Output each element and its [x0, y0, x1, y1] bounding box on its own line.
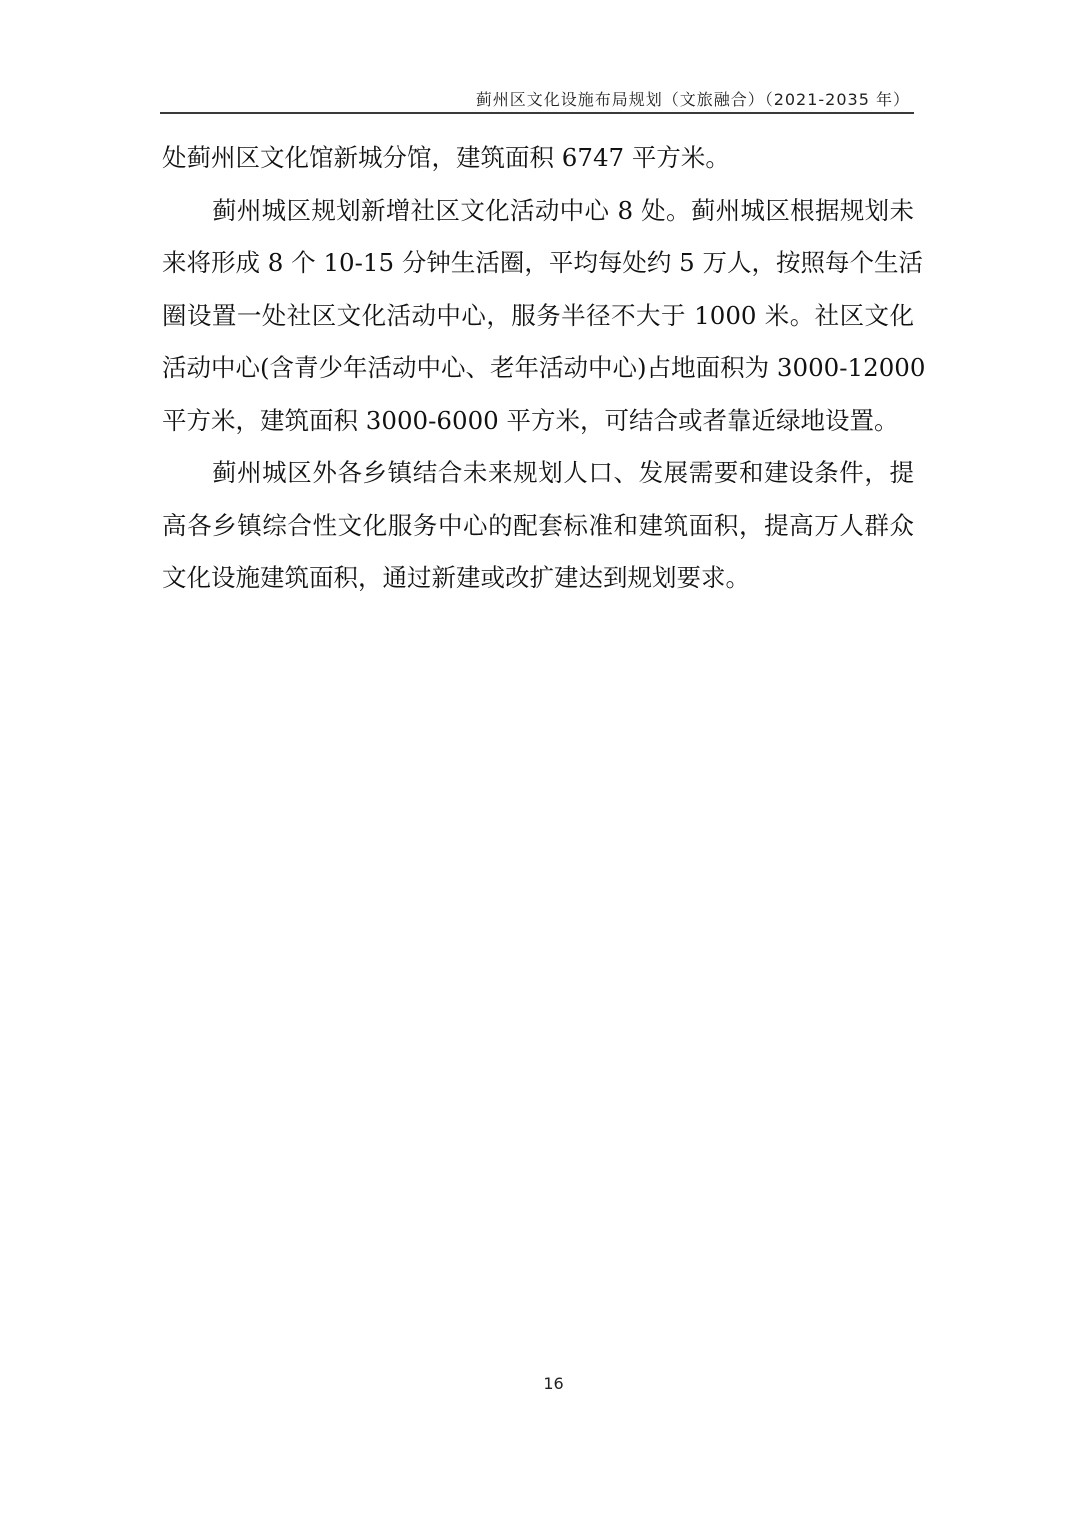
text-line: 蓟州城区外各乡镇结合未来规划人口、发展需要和建设条件，提 — [162, 451, 914, 504]
paragraph: 蓟州城区外各乡镇结合未来规划人口、发展需要和建设条件，提 高各乡镇综合性文化服务… — [162, 451, 914, 609]
text-line: 文化设施建筑面积，通过新建或改扩建达到规划要求。 — [162, 556, 914, 609]
page-number: 16 — [0, 1374, 1074, 1393]
text-line: 高各乡镇综合性文化服务中心的配套标准和建筑面积，提高万人群众 — [162, 504, 914, 557]
text-line: 圈设置一处社区文化活动中心，服务半径不大于 1000 米。社区文化 — [162, 294, 914, 347]
text-line: 平方米，建筑面积 3000-6000 平方米，可结合或者靠近绿地设置。 — [162, 399, 914, 452]
body-text: 处蓟州区文化馆新城分馆，建筑面积 6747 平方米。 蓟州城区规划新增社区文化活… — [162, 136, 914, 609]
paragraph: 蓟州城区规划新增社区文化活动中心 8 处。蓟州城区根据规划未 来将形成 8 个 … — [162, 189, 914, 452]
text-line: 蓟州城区规划新增社区文化活动中心 8 处。蓟州城区根据规划未 — [162, 189, 914, 242]
text-line: 处蓟州区文化馆新城分馆，建筑面积 6747 平方米。 — [162, 136, 914, 189]
text-line: 来将形成 8 个 10-15 分钟生活圈，平均每处约 5 万人，按照每个生活 — [162, 241, 914, 294]
text-line: 活动中心(含青少年活动中心、老年活动中心)占地面积为 3000-12000 — [162, 346, 914, 399]
paragraph: 处蓟州区文化馆新城分馆，建筑面积 6747 平方米。 — [162, 136, 914, 189]
running-header: 蓟州区文化设施布局规划（文旅融合）（2021-2035 年） — [160, 84, 914, 114]
document-title: 蓟州区文化设施布局规划（文旅融合）（2021-2035 年） — [476, 87, 910, 110]
